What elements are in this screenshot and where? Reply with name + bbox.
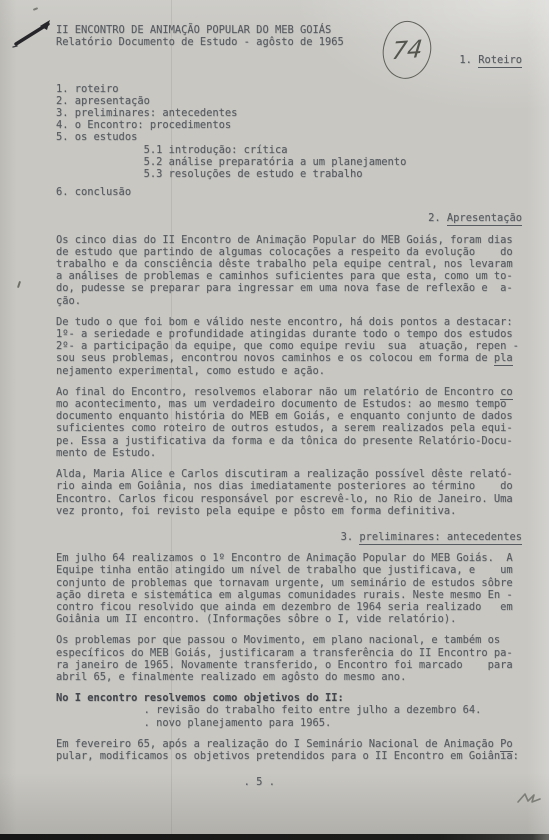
document-title: II ENCONTRO DE ANIMAÇÃO POPULAR DO MEB G… bbox=[56, 24, 522, 36]
text-block: Os cinco dias do II Encontro de Animação… bbox=[56, 234, 522, 307]
paper-fold-crease bbox=[171, 0, 172, 840]
text-line: Goiânia um II encontro. (Informações sôb… bbox=[56, 613, 522, 625]
small-ink-mark bbox=[17, 281, 21, 288]
text-line: 1. roteiro bbox=[56, 83, 522, 95]
text-line: Os problemas por que passou o Movimento,… bbox=[56, 634, 522, 646]
text-block: Em fevereiro 65, após a realização do I … bbox=[56, 738, 522, 762]
text-line: Equipe tinha então atingido um nível de … bbox=[56, 564, 522, 576]
text-line: conjunto de problemas que tornavam urgen… bbox=[56, 577, 522, 589]
document-content: II ENCONTRO DE ANIMAÇÃO POPULAR DO MEB G… bbox=[56, 24, 522, 788]
text-block: . 5 . bbox=[56, 776, 522, 788]
text-line: suficientes como roteiro de outros estud… bbox=[56, 422, 522, 434]
text-line: 4. o Encontro: procedimentos bbox=[56, 119, 522, 131]
text-line: ção. bbox=[56, 295, 522, 307]
text-line: ra janeiro de 1965. Novamente transferid… bbox=[56, 659, 522, 671]
text-line: . novo planejamento para 1965. bbox=[56, 717, 522, 729]
pencil-squiggle-mark bbox=[516, 790, 544, 806]
text-block: Alda, Maria Alice e Carlos discutiram a … bbox=[56, 468, 522, 517]
text-line: Alda, Maria Alice e Carlos discutiram a … bbox=[56, 468, 522, 480]
text-line: do, pudesse se preparar para ingressar e… bbox=[56, 282, 522, 294]
text-line: a análises de problemas e caminhos sufic… bbox=[56, 270, 522, 282]
text-line: . 5 . bbox=[56, 776, 522, 788]
text-block: 1. roteiro2. apresentação3. preliminares… bbox=[56, 83, 522, 181]
document-subtitle: Relatório Documento de Estudo - agôsto d… bbox=[56, 36, 522, 48]
text-line: 6. conclusão bbox=[56, 186, 522, 198]
section-heading: 1. Roteiro bbox=[56, 54, 522, 66]
section-heading: 2. Apresentação bbox=[56, 212, 522, 224]
text-line: Encontro. Carlos ficou responsável por e… bbox=[56, 493, 522, 505]
document-header: II ENCONTRO DE ANIMAÇÃO POPULAR DO MEB G… bbox=[56, 24, 522, 48]
text-line: de estudo que partindo de algumas coloca… bbox=[56, 246, 522, 258]
text-line: específicos do MEB Goiás, justificaram a… bbox=[56, 647, 522, 659]
text-line: 2. apresentação bbox=[56, 95, 522, 107]
text-line: No I encontro resolvemos como objetivos … bbox=[56, 692, 522, 704]
text-line: ação direta e sistemática em algumas com… bbox=[56, 589, 522, 601]
text-block: 6. conclusão bbox=[56, 186, 522, 198]
text-line: nejamento experimental, como estudo e aç… bbox=[56, 365, 522, 377]
text-line: pular, modificamos os objetivos pretendi… bbox=[56, 750, 522, 762]
small-ink-dot bbox=[33, 7, 38, 11]
text-line: mento de Estudo. bbox=[56, 447, 522, 459]
text-line: pe. Essa a justificativa da forma e da t… bbox=[56, 435, 522, 447]
section-heading: 3. preliminares: antecedentes bbox=[56, 531, 522, 543]
text-line: 5.1 introdução: crítica bbox=[56, 144, 522, 156]
text-line: rio ainda em Goiânia, nos dias imediatam… bbox=[56, 480, 522, 492]
text-block: De tudo o que foi bom e válido neste enc… bbox=[56, 316, 522, 377]
text-line: De tudo o que foi bom e válido neste enc… bbox=[56, 316, 522, 328]
text-line: Em fevereiro 65, após a realização do I … bbox=[56, 738, 522, 750]
text-line: vez pronto, foi revisto pela equipe e pô… bbox=[56, 505, 522, 517]
pen-arrow-mark bbox=[10, 16, 56, 50]
text-line: abril 65, e finalmente realizado em agôs… bbox=[56, 671, 522, 683]
text-block: Ao final do Encontro, resolvemos elabora… bbox=[56, 386, 522, 459]
text-block: Os problemas por que passou o Movimento,… bbox=[56, 634, 522, 683]
document-body: 1. Roteiro1. roteiro2. apresentação3. pr… bbox=[56, 54, 522, 788]
text-line: sou seus problemas, encontrou novos cami… bbox=[56, 352, 522, 364]
text-line: 5.3 resoluções de estudo e trabalho bbox=[56, 168, 522, 180]
text-block: Em julho 64 realizamos o 1º Encontro de … bbox=[56, 552, 522, 625]
text-line: Os cinco dias do II Encontro de Animação… bbox=[56, 234, 522, 246]
text-line: 5. os estudos bbox=[56, 131, 522, 143]
text-line: contro ficou resolvido que ainda em deze… bbox=[56, 601, 522, 613]
text-line: 2. Apresentação bbox=[56, 212, 522, 224]
text-line: 3. preliminares: antecedentes bbox=[56, 531, 522, 543]
text-line: 1º- a seriedade e profundidade atingidas… bbox=[56, 328, 522, 340]
text-line: 1. Roteiro bbox=[56, 54, 522, 66]
scanned-page: 74 II ENCONTRO DE ANIMAÇÃO POPULAR DO ME… bbox=[0, 0, 549, 840]
text-line: mo acontecimento, mas um verdadeiro docu… bbox=[56, 398, 522, 410]
text-line: 5.2 análise preparatória a um planejamen… bbox=[56, 156, 522, 168]
text-line: trabalho e da consciência dêste trabalho… bbox=[56, 258, 522, 270]
text-line: 3. preliminares: antecedentes bbox=[56, 107, 522, 119]
text-block: No I encontro resolvemos como objetivos … bbox=[56, 692, 522, 729]
text-line: . revisão do trabalho feito entre julho … bbox=[56, 704, 522, 716]
text-line: Em julho 64 realizamos o 1º Encontro de … bbox=[56, 552, 522, 564]
text-line: Ao final do Encontro, resolvemos elabora… bbox=[56, 386, 522, 398]
text-line: 2º- a participação da equipe, que como e… bbox=[56, 340, 522, 352]
scan-edge-shadow bbox=[0, 834, 549, 840]
text-line: documento enquanto história do MEB em Go… bbox=[56, 410, 522, 422]
